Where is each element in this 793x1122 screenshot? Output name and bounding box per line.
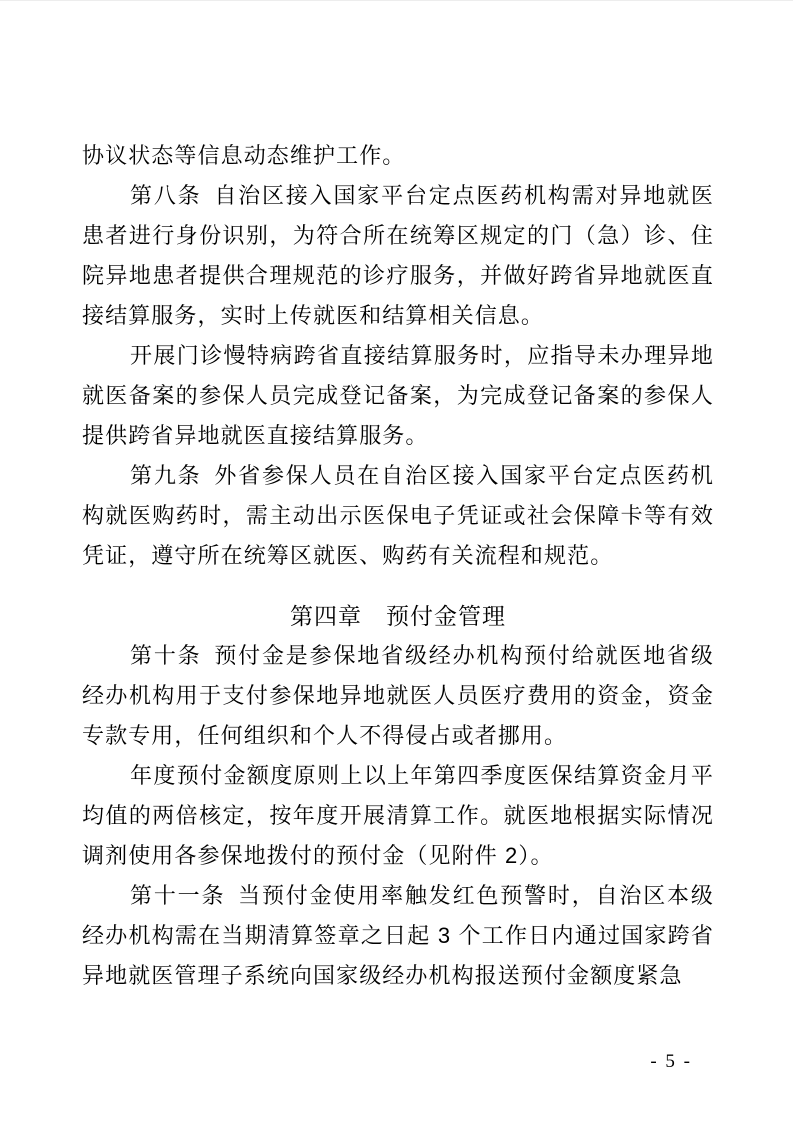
paragraph-article-8: 第八条 自治区接入国家平台定点医药机构需对异地就医患者进行身份识别，为符合所在统… (82, 176, 714, 336)
chapter-4-heading: 第四章 预付金管理 (82, 596, 714, 636)
paragraph-continuation: 协议状态等信息动态维护工作。 (82, 136, 714, 176)
document-page: 协议状态等信息动态维护工作。 第八条 自治区接入国家平台定点医药机构需对异地就医… (0, 0, 793, 1122)
paragraph-article-8-part2: 开展门诊慢特病跨省直接结算服务时，应指导未办理异地就医备案的参保人员完成登记备案… (82, 336, 714, 456)
document-body: 协议状态等信息动态维护工作。 第八条 自治区接入国家平台定点医药机构需对异地就医… (82, 136, 714, 996)
paragraph-article-9: 第九条 外省参保人员在自治区接入国家平台定点医药机构就医购药时，需主动出示医保电… (82, 456, 714, 576)
paragraph-article-10-part2: 年度预付金额度原则上以上年第四季度医保结算资金月平均值的两倍核定，按年度开展清算… (82, 756, 714, 876)
paragraph-article-10: 第十条 预付金是参保地省级经办机构预付给就医地省级经办机构用于支付参保地异地就医… (82, 636, 714, 756)
paragraph-article-11: 第十一条 当预付金使用率触发红色预警时，自治区本级经办机构需在当期清算签章之日起… (82, 876, 714, 996)
page-number: - 5 - (650, 1051, 692, 1073)
